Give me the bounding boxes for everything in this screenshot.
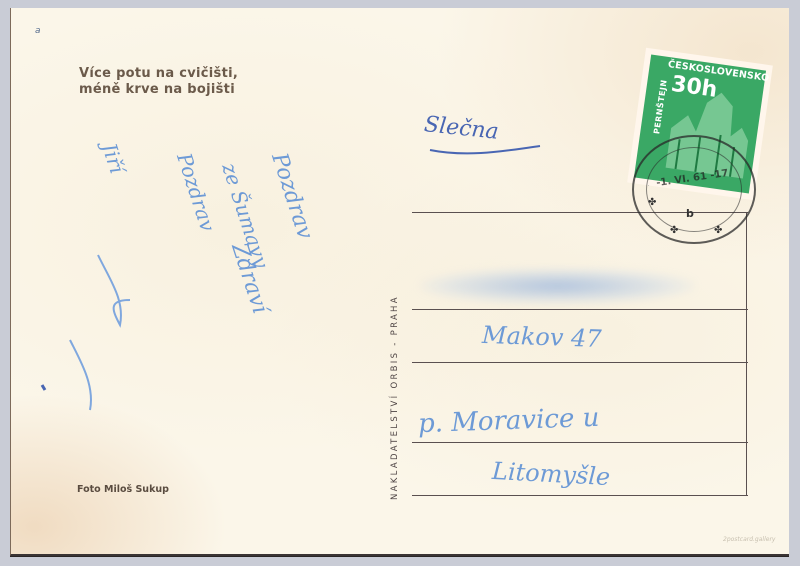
handwriting-strokes	[0, 0, 800, 566]
